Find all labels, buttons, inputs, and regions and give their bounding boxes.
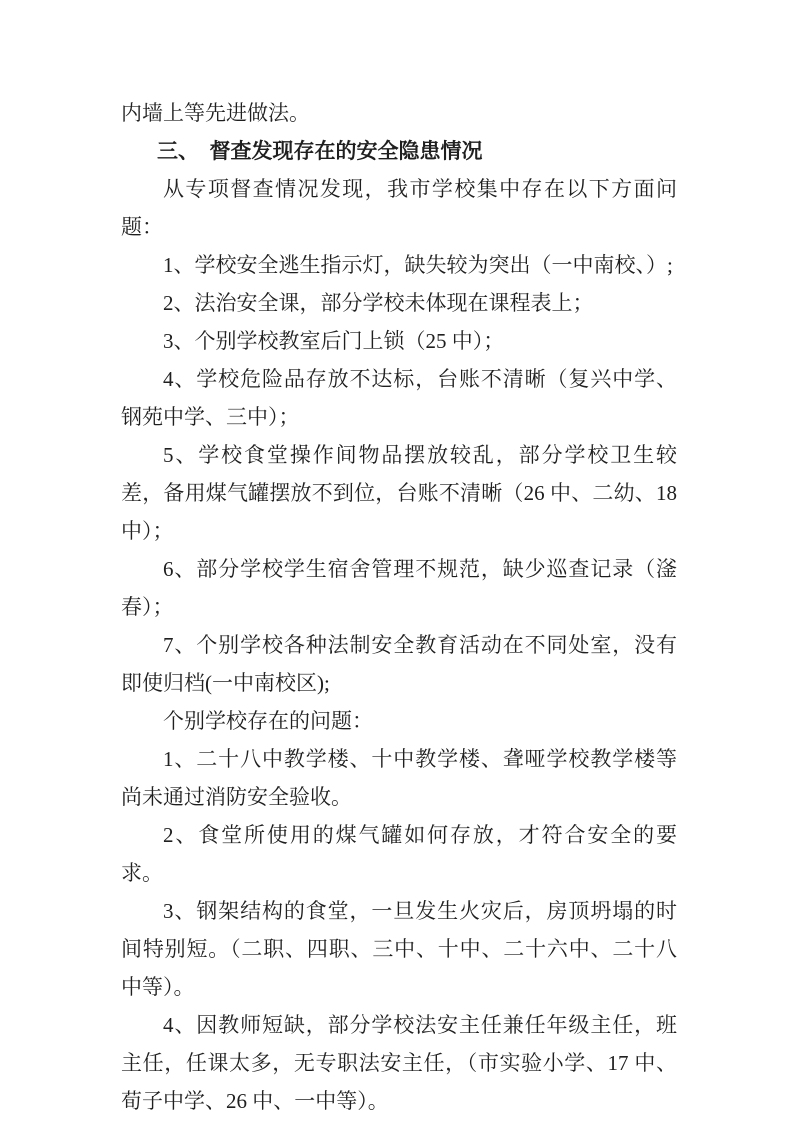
numbered-item: 6、部分学校学生宿舍管理不规范，缺少巡查记录（滏春）； [121, 550, 677, 626]
paragraph: 从专项督查情况发现，我市学校集中存在以下方面问题： [121, 170, 677, 246]
numbered-item: 2、食堂所使用的煤气罐如何存放，才符合安全的要求。 [121, 816, 677, 892]
numbered-item: 1、二十八中教学楼、十中教学楼、聋哑学校教学楼等尚未通过消防安全验收。 [121, 740, 677, 816]
paragraph-continuation: 内墙上等先进做法。 [121, 94, 677, 132]
numbered-item: 7、个别学校各种法制安全教育活动在不同处室，没有即使归档(一中南校区); [121, 626, 677, 702]
section-heading: 三、 督查发现存在的安全隐患情况 [121, 132, 677, 170]
paragraph: 个别学校存在的问题： [121, 702, 677, 740]
numbered-item: 3、钢架结构的食堂，一旦发生火灾后，房顶坍塌的时间特别短。（二职、四职、三中、十… [121, 892, 677, 1006]
numbered-item: 5、学校食堂操作间物品摆放较乱，部分学校卫生较差，备用煤气罐摆放不到位，台账不清… [121, 436, 677, 550]
numbered-item: 2、法治安全课，部分学校未体现在课程表上； [121, 284, 677, 322]
document-page: 内墙上等先进做法。 三、 督查发现存在的安全隐患情况 从专项督查情况发现，我市学… [0, 0, 793, 1122]
numbered-item: 1、学校安全逃生指示灯，缺失较为突出（一中南校、）; [121, 246, 677, 284]
numbered-item: 4、因教师短缺，部分学校法安主任兼任年级主任，班主任，任课太多，无专职法安主任，… [121, 1006, 677, 1120]
numbered-item: 4、学校危险品存放不达标，台账不清晰（复兴中学、钢苑中学、三中）； [121, 360, 677, 436]
numbered-item: 3、个别学校教室后门上锁（25 中）； [121, 322, 677, 360]
